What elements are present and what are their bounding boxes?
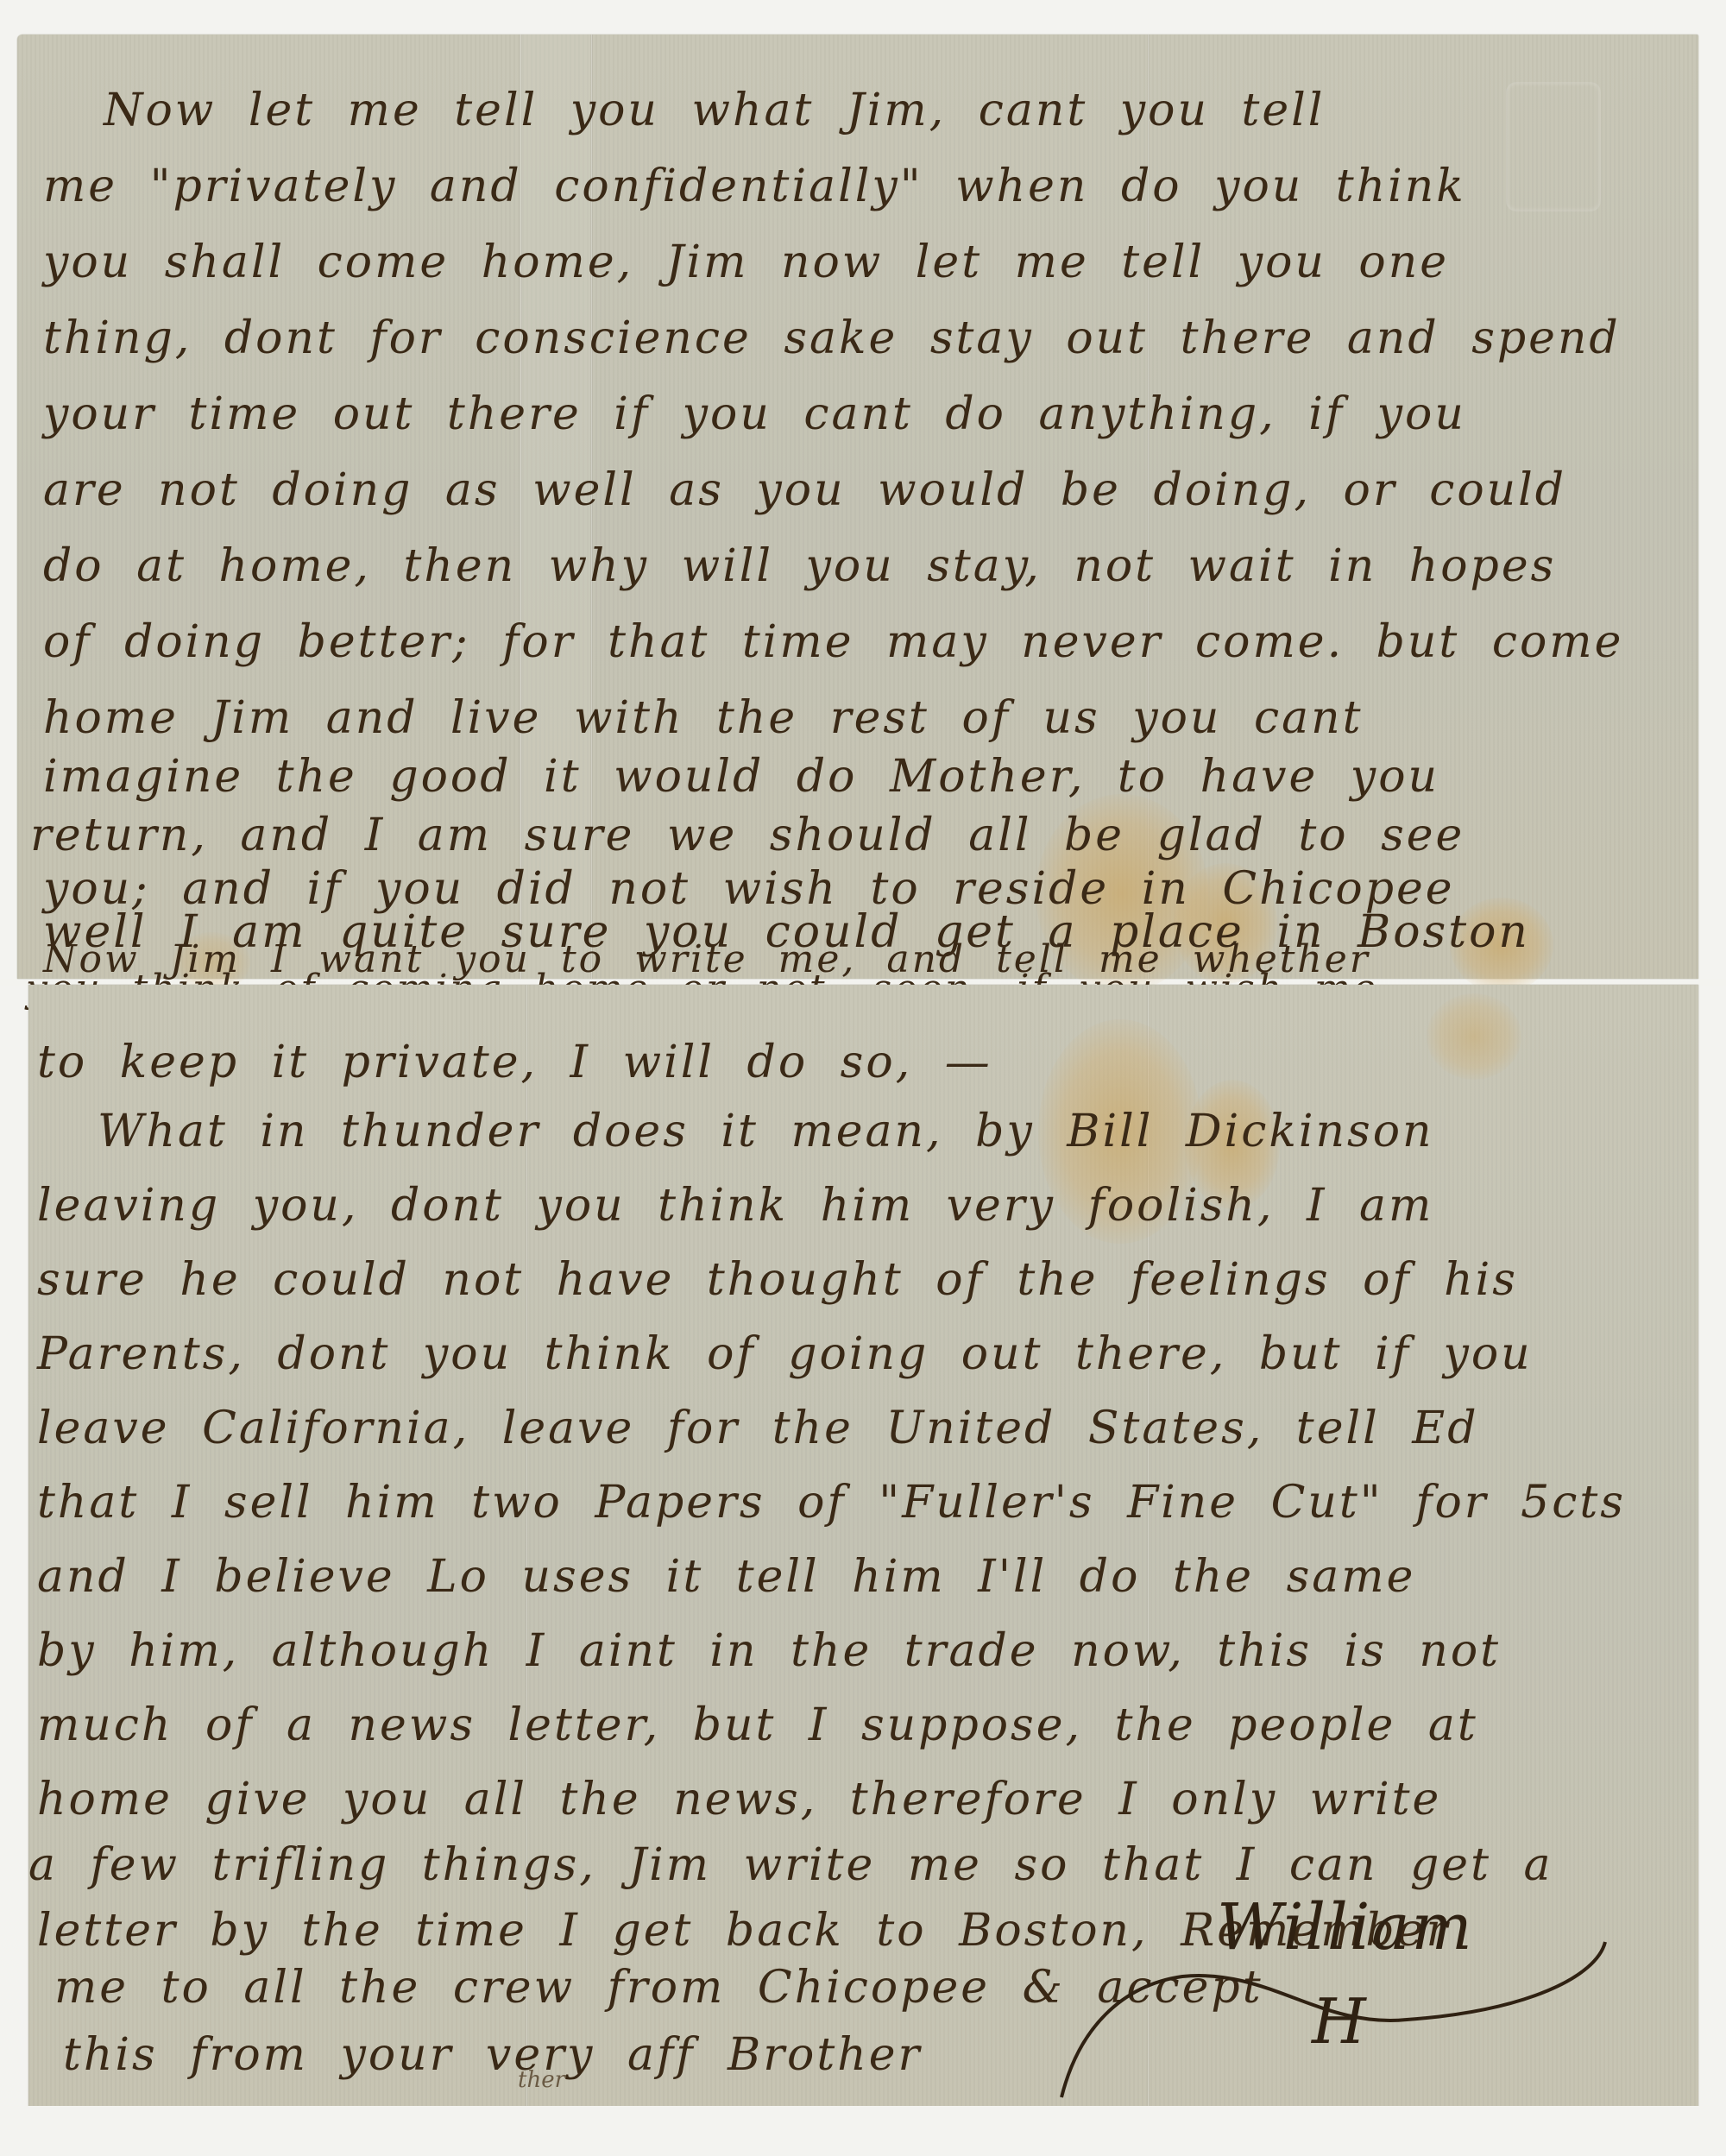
letter-line: leave California, leave for the United S… xyxy=(37,1403,1479,1454)
letter-line: Parents, dont you think of going out the… xyxy=(37,1328,1533,1380)
letter-line: you shall come home, Jim now let me tell… xyxy=(43,236,1449,288)
background xyxy=(0,2106,1726,2156)
signature-flourish xyxy=(1044,1925,1648,2115)
letter-line: by him, although I aint in the trade now… xyxy=(37,1625,1501,1677)
letter-line: are not doing as well as you would be do… xyxy=(43,464,1566,516)
letter-upper-half: Now let me tell you what Jim, cant you t… xyxy=(17,35,1698,979)
letter-line: this from your very aff Brother xyxy=(63,2029,922,2081)
letter-line: leaving you, dont you think him very foo… xyxy=(37,1180,1433,1232)
letter-line: home give you all the news, therefore I … xyxy=(37,1774,1441,1825)
letter-line: What in thunder does it mean, by Bill Di… xyxy=(98,1106,1434,1157)
margin-fragment: ther xyxy=(518,2067,565,2093)
letter-line: Now let me tell you what Jim, cant you t… xyxy=(104,85,1325,136)
letter-line: your time out there if you cant do anyth… xyxy=(43,388,1466,440)
letter-line: me "privately and confidentially" when d… xyxy=(43,161,1466,212)
letter-line: sure he could not have thought of the fe… xyxy=(37,1254,1518,1306)
letter-line: much of a news letter, but I suppose, th… xyxy=(37,1699,1478,1751)
letter-line: to keep it private, I will do so, — xyxy=(37,1037,992,1088)
letter-line: return, and I am sure we should all be g… xyxy=(30,810,1465,861)
water-stain xyxy=(1427,993,1521,1080)
letter-line: thing, dont for conscience sake stay out… xyxy=(43,312,1621,364)
letter-line: that I sell him two Papers of "Fuller's … xyxy=(37,1477,1626,1529)
letter-line: of doing better; for that time may never… xyxy=(43,616,1623,668)
letter-line: do at home, then why will you stay, not … xyxy=(43,540,1556,592)
letter-line: and I believe Lo uses it tell him I'll d… xyxy=(37,1551,1415,1603)
letter-line: a few trifling things, Jim write me so t… xyxy=(28,1839,1553,1891)
embossed-stamp xyxy=(1506,82,1601,211)
letter-line: imagine the good it would do Mother, to … xyxy=(43,751,1439,803)
letter-line: home Jim and live with the rest of us yo… xyxy=(43,692,1363,744)
